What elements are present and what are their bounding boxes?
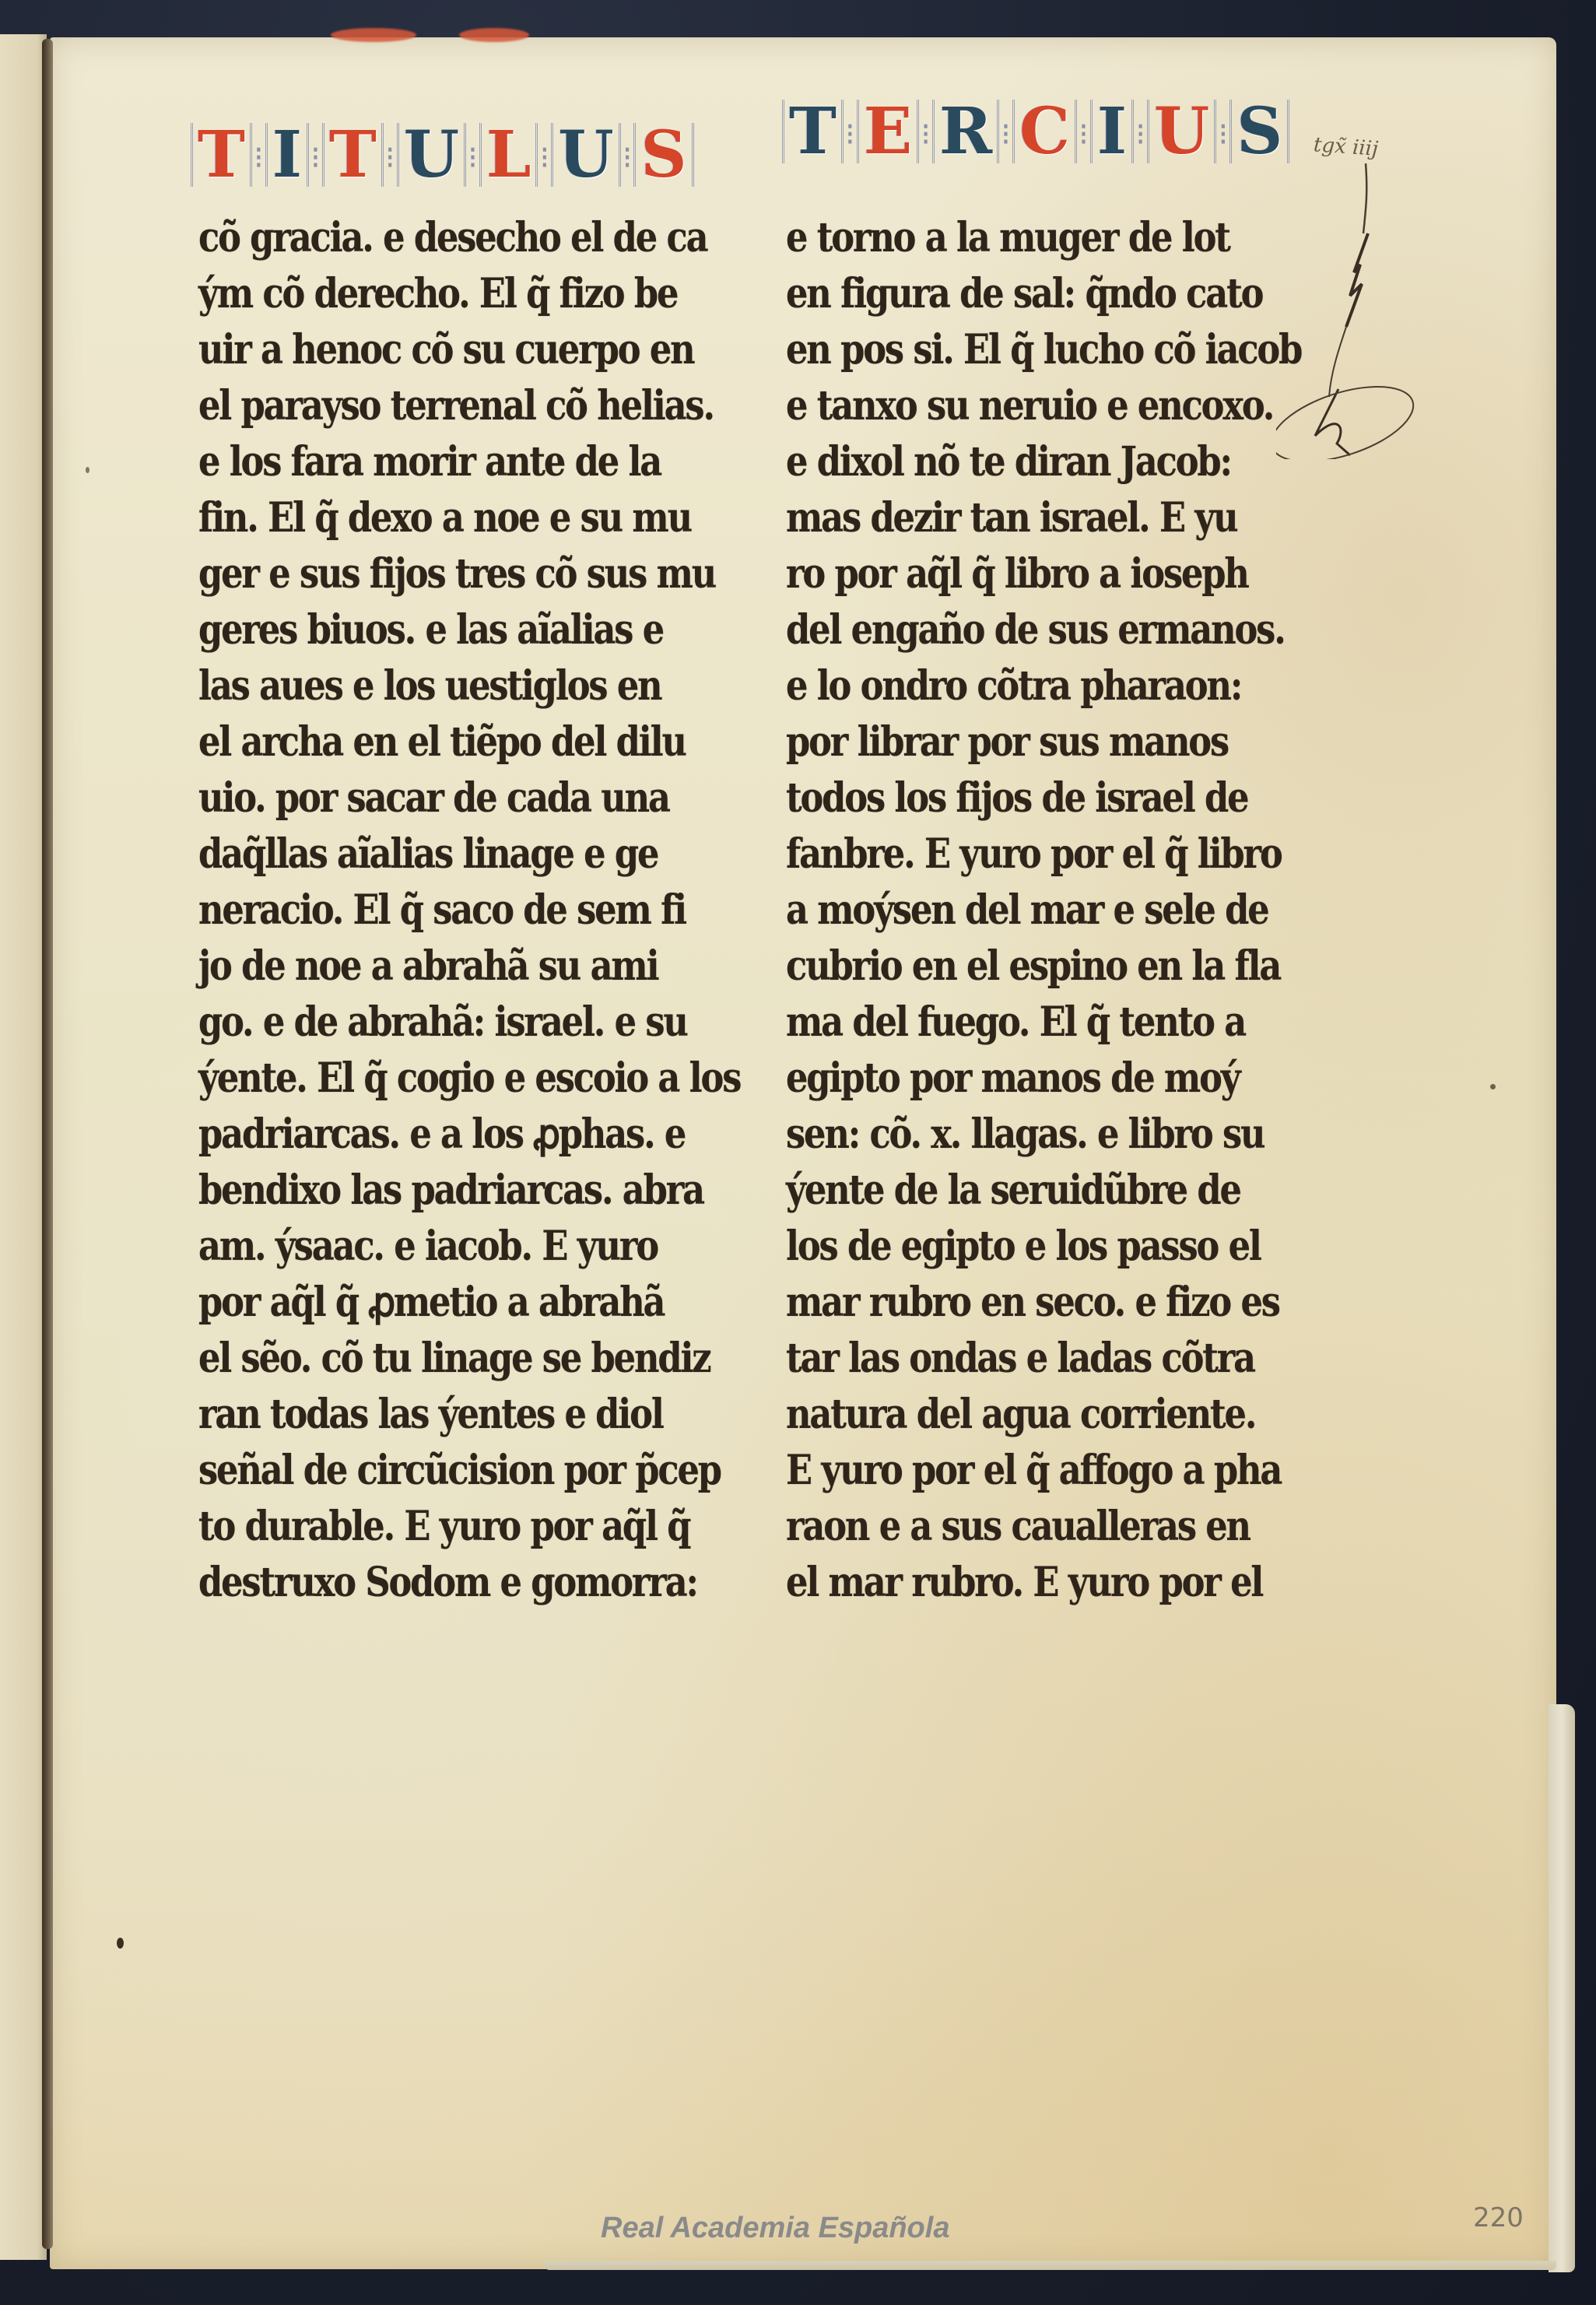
text-line: neracio. El q̃ saco de sem fi [198, 882, 654, 938]
text-line: padriarcas. e a los ꝓphas. e [198, 1107, 654, 1163]
text-line: go. e de abrahã: israel. e su [198, 995, 654, 1051]
text-line: señal de circũcision por p̃cep [198, 1443, 654, 1499]
text-line: e torno a la muger de lot [786, 210, 1241, 266]
text-column-right: e torno a la muger de loten figura de sa… [786, 210, 1315, 1611]
header-ornament-icon: ⁝ [1001, 117, 1011, 163]
text-line: destruxo Sodom e gomorra: [198, 1555, 654, 1611]
text-line: el sẽo. cõ tu linage se bendiz [198, 1331, 654, 1387]
binding-gutter [42, 39, 53, 2249]
text-line: mar rubro en seco. e fizo es [786, 1275, 1241, 1331]
facing-page-edge [0, 34, 47, 2260]
header-ornament-icon: ⁝ [1079, 117, 1089, 163]
text-line: el mar rubro. E yuro por el [786, 1555, 1241, 1611]
header-ornament-icon: ⁝ [310, 140, 321, 187]
text-line: por aq̃l q̃ ꝓmetio a abrahã [198, 1275, 654, 1331]
text-line: uir a henoc cõ su cuerpo en [198, 322, 654, 378]
header-ornament-icon: ⁝ [845, 117, 855, 163]
text-line: las aues e los uestiglos en [198, 658, 654, 714]
rubric-letter: T [322, 123, 384, 187]
text-line: en figura de sal: q̃ndo cato [786, 266, 1241, 322]
rubric-letter: I [265, 123, 309, 187]
rubric-letter: L [479, 123, 538, 187]
header-ornament-icon: ⁝ [539, 140, 549, 187]
text-line: tar las ondas e ladas cõtra [786, 1331, 1241, 1387]
text-line: cõ gracia. e desecho el de ca [198, 210, 654, 266]
rubric-letter: S [633, 123, 693, 187]
folio-number: 220 [1473, 2202, 1524, 2233]
rubric-letter: U [1147, 100, 1217, 163]
red-stain [459, 28, 529, 42]
text-line: mas dezir tan israel. E yu [786, 490, 1241, 546]
header-ornament-icon: ⁝ [468, 140, 478, 187]
text-line: el archa en el tiẽpo del dilu [198, 714, 654, 770]
ink-spot [86, 467, 89, 473]
text-line: cubrio en el espino en la fla [786, 938, 1241, 995]
column-header-right: T⁝E⁝R⁝C⁝I⁝U⁝S [782, 93, 1289, 163]
text-line: fin. El q̃ dexo a noe e su mu [198, 490, 654, 546]
watermark-text: Real Academia Española [601, 2212, 949, 2245]
header-ornament-icon: ⁝ [921, 117, 931, 163]
text-line: raon e a sus caualleras en [786, 1499, 1241, 1555]
rubric-letter: T [191, 123, 252, 187]
text-line: geres biuos. e las aĩalias e [198, 602, 654, 658]
text-line: ýente. El q̃ cogio e escoio a los [198, 1051, 654, 1107]
rubric-letter: T [782, 100, 844, 163]
text-line: e los fara morir ante de la [198, 434, 654, 490]
text-line: E yuro por el q̃ affogo a pha [786, 1443, 1241, 1499]
rubric-letter: E [857, 100, 920, 163]
text-line: los de egipto e los passo el [786, 1219, 1241, 1275]
text-line: ro por aq̃l q̃ libro a ioseph [786, 546, 1241, 602]
text-line: ým cõ derecho. El q̃ fizo be [198, 266, 654, 322]
text-line: ran todas las ýentes e diol [198, 1387, 654, 1443]
text-line: por librar por sus manos [786, 714, 1241, 770]
text-line: en pos si. El q̃ lucho cõ iacob [786, 322, 1241, 378]
text-line: egipto por manos de moý [786, 1051, 1241, 1107]
text-line: am. ýsaac. e iacob. E yuro [198, 1219, 654, 1275]
rubric-letter: U [551, 123, 621, 187]
rubric-letter: C [1012, 100, 1077, 163]
ink-spot [117, 1938, 124, 1949]
text-line: del engaño de sus ermanos. [786, 602, 1241, 658]
text-line: bendixo las padriarcas. abra [198, 1163, 654, 1219]
text-line: natura del agua corriente. [786, 1387, 1241, 1443]
text-line: todos los fijos de israel de [786, 770, 1241, 826]
text-line: e lo ondro cõtra pharaon: [786, 658, 1241, 714]
text-line: a moýsen del mar e sele de [786, 882, 1241, 938]
text-line: ýente de la seruidũbre de [786, 1163, 1241, 1219]
red-stain [331, 28, 416, 42]
page-bottom-edge [545, 2261, 1556, 2270]
rubric-letter: U [397, 123, 467, 187]
text-line: jo de noe a abrahã su ami [198, 938, 654, 995]
text-line: el parayso terrenal cõ helias. [198, 378, 654, 434]
header-ornament-icon: ⁝ [623, 140, 633, 187]
header-ornament-icon: ⁝ [1218, 117, 1228, 163]
header-ornament-icon: ⁝ [385, 140, 395, 187]
text-line: fanbre. E yuro por el q̃ libro [786, 826, 1241, 882]
text-line: daq̃llas aĩalias linage e ge [198, 826, 654, 882]
rubric-letter: R [932, 100, 999, 163]
marginal-flourish-icon [1276, 148, 1432, 459]
text-line: to durable. E yuro por aq̃l q̃ [198, 1499, 654, 1555]
text-line: sen: cõ. x. llagas. e libro su [786, 1107, 1241, 1163]
column-header-left: T⁝I⁝T⁝U⁝L⁝U⁝S [191, 117, 694, 187]
text-line: e dixol nõ te diran Jacob: [786, 434, 1241, 490]
ink-spot [1490, 1084, 1496, 1089]
text-line: e tanxo su neruio e encoxo. [786, 378, 1241, 434]
text-column-left: cõ gracia. e desecho el de caým cõ derec… [198, 210, 728, 1611]
rubric-letter: I [1090, 100, 1134, 163]
header-ornament-icon: ⁝ [1135, 117, 1145, 163]
header-ornament-icon: ⁝ [254, 140, 264, 187]
page-stack-edge [1549, 1704, 1575, 2272]
text-line: ger e sus fijos tres cõ sus mu [198, 546, 654, 602]
text-line: uio. por sacar de cada una [198, 770, 654, 826]
text-line: ma del fuego. El q̃ tento a [786, 995, 1241, 1051]
